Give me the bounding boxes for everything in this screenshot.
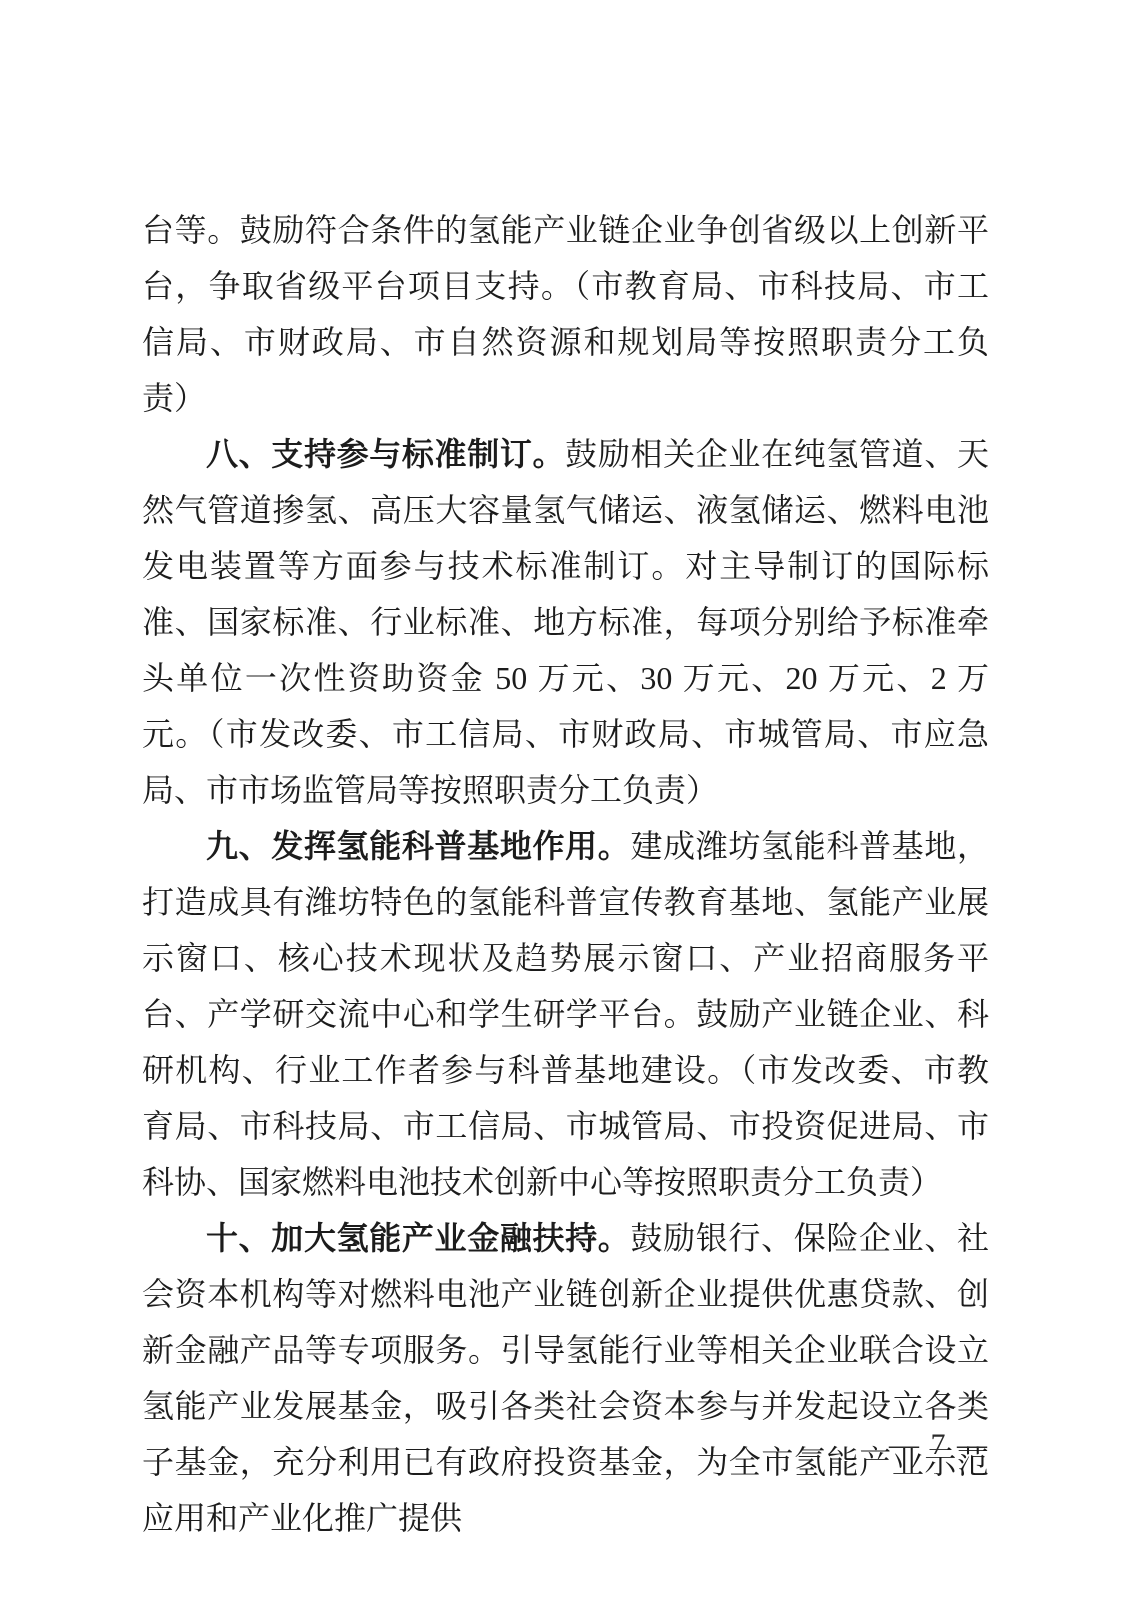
paragraph-text: 建成潍坊氢能科普基地，打造成具有潍坊特色的氢能科普宣传教育基地、氢能产业展示窗口… [142,828,989,1200]
paragraph-text: 鼓励银行、保险企业、社会资本机构等对燃料电池产业链创新企业提供优惠贷款、创新金融… [142,1220,989,1536]
paragraph-section-9: 九、发挥氢能科普基地作用。建成潍坊氢能科普基地，打造成具有潍坊特色的氢能科普宣传… [142,818,989,1210]
section-heading: 九、发挥氢能科普基地作用。 [206,828,630,864]
paragraph-text: 鼓励相关企业在纯氢管道、天然气管道掺氢、高压大容量氢气储运、液氢储运、燃料电池发… [142,436,989,808]
section-heading: 八、支持参与标准制订。 [206,436,565,472]
paragraph-section-8: 八、支持参与标准制订。鼓励相关企业在纯氢管道、天然气管道掺氢、高压大容量氢气储运… [142,426,989,818]
paragraph-continuation: 台等。鼓励符合条件的氢能产业链企业争创省级以上创新平台，争取省级平台项目支持。（… [142,202,989,426]
document-page: 台等。鼓励符合条件的氢能产业链企业争创省级以上创新平台，争取省级平台项目支持。（… [0,0,1131,1600]
paragraph-section-10: 十、加大氢能产业金融扶持。鼓励银行、保险企业、社会资本机构等对燃料电池产业链创新… [142,1210,989,1546]
document-body: 台等。鼓励符合条件的氢能产业链企业争创省级以上创新平台，争取省级平台项目支持。（… [142,202,989,1546]
paragraph-text: 台等。鼓励符合条件的氢能产业链企业争创省级以上创新平台，争取省级平台项目支持。（… [142,212,989,416]
page-number: — 7 — [889,1424,989,1466]
section-heading: 十、加大氢能产业金融扶持。 [206,1220,630,1256]
